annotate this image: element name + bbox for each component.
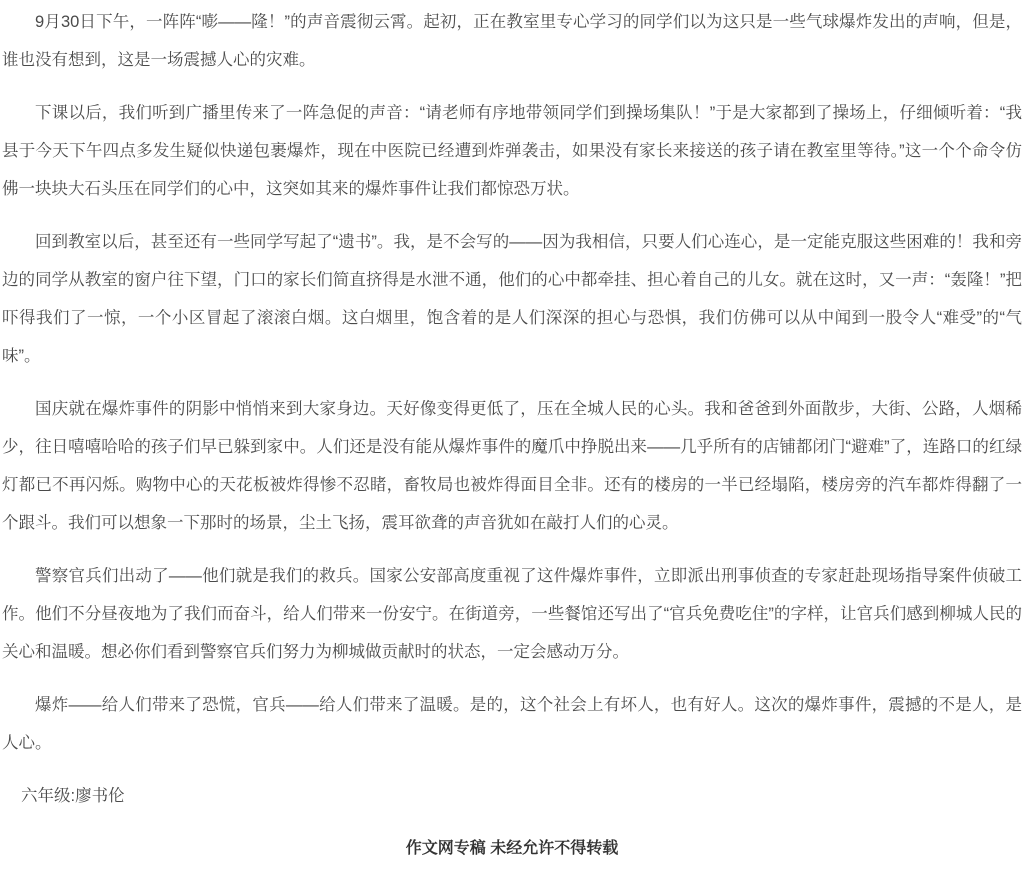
essay-byline: 六年级:廖书伦 <box>2 777 1022 815</box>
essay-paragraph-3: 回到教室以后，甚至还有一些同学写起了“遗书”。我，是不会写的——因为我相信，只要… <box>2 223 1022 375</box>
essay-paragraph-6: 爆炸——给人们带来了恐慌，官兵——给人们带来了温暖。是的，这个社会上有坏人，也有… <box>2 686 1022 762</box>
essay-page: 9月30日下午，一阵阵“嘭——隆！”的声音震彻云霄。起初，正在教室里专心学习的同… <box>0 0 1024 868</box>
essay-paragraph-4: 国庆就在爆炸事件的阴影中悄悄来到大家身边。天好像变得更低了，压在全城人民的心头。… <box>2 390 1022 542</box>
essay-paragraph-5: 警察官兵们出动了——他们就是我们的救兵。国家公安部高度重视了这件爆炸事件，立即派… <box>2 557 1022 671</box>
essay-paragraph-1: 9月30日下午，一阵阵“嘭——隆！”的声音震彻云霄。起初，正在教室里专心学习的同… <box>2 3 1022 79</box>
copyright-notice: 作文网专稿 未经允许不得转载 <box>2 830 1022 868</box>
essay-paragraph-2: 下课以后，我们听到广播里传来了一阵急促的声音：“请老师有序地带领同学们到操场集队… <box>2 94 1022 208</box>
